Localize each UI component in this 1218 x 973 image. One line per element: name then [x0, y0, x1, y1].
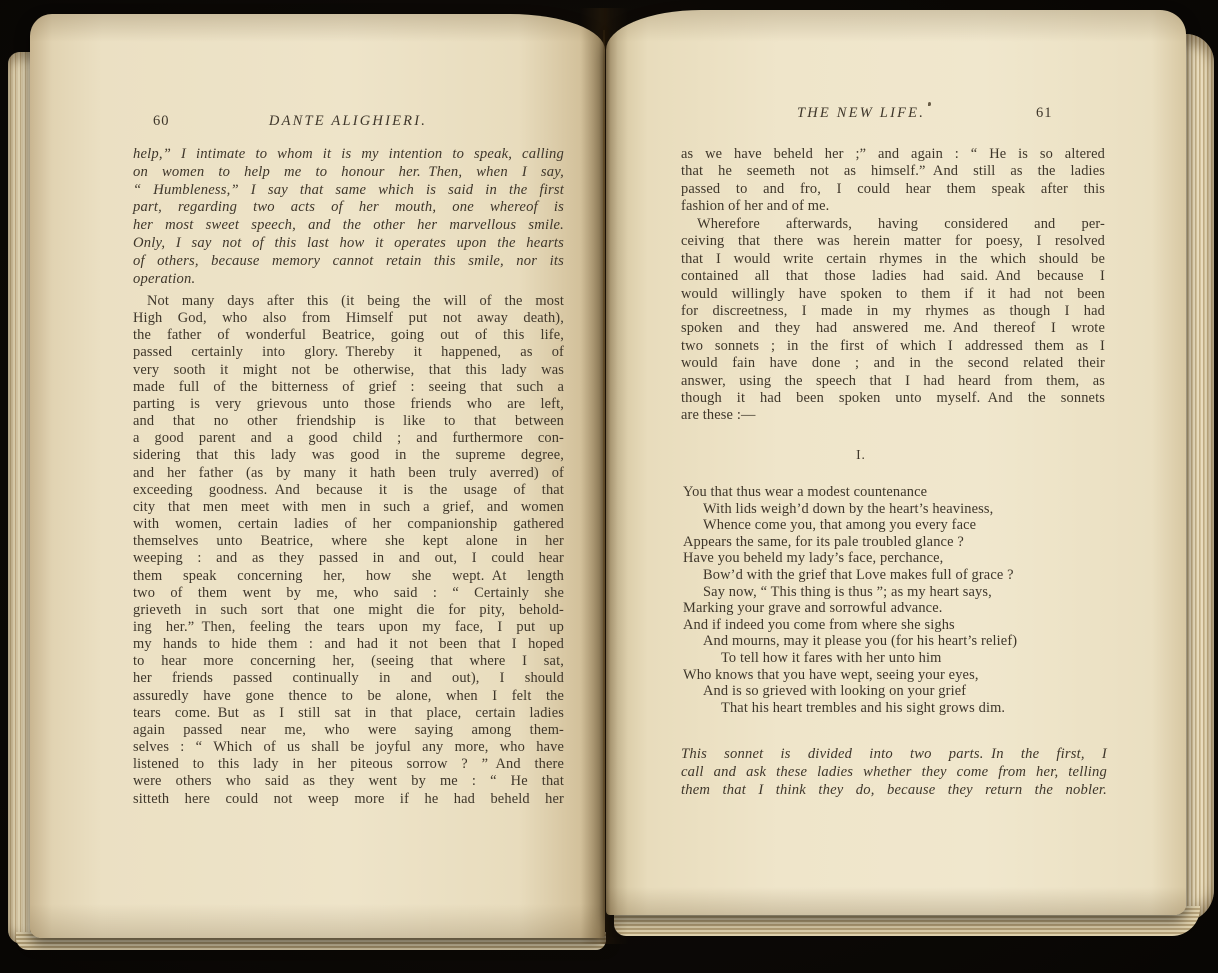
text-line: for discreetness, I made in my rhymes as… [681, 303, 1105, 320]
text-line: And mourns, may it please you (for his h… [703, 633, 1113, 650]
text-line: Appears the same, for its pale troubled … [683, 534, 1113, 551]
wherefore-paragraph: Wherefore afterwards, having considered … [681, 216, 1105, 425]
text-line: grieveth in such sort that one might die… [133, 602, 564, 619]
running-title-left: DANTE ALIGHIERI. [133, 113, 563, 130]
text-line: would fain have done ; and in the second… [681, 355, 1105, 372]
text-line: parting is very grievous unto those frie… [133, 396, 564, 413]
text-line: answer, using the speech that I had hear… [681, 373, 1105, 390]
text-line: Not many days after this (it being the w… [133, 293, 564, 310]
text-line: part, regarding two acts of her mouth, o… [133, 199, 564, 217]
text-line: exceeding goodness. And because it is th… [133, 482, 564, 499]
text-line: themselves unto Beatrice, where she kept… [133, 533, 564, 550]
text-line: two sonnets ; in the first of which I ad… [681, 338, 1105, 355]
page-left: 60 DANTE ALIGHIERI. help,” I intimate to… [30, 14, 605, 938]
text-line: sitteth here could not weep more if he h… [133, 791, 564, 808]
text-line: weeping : and as they passed in and out,… [133, 550, 564, 567]
text-line: them that I think they do, because they … [681, 782, 1107, 800]
text-line: very sooth it might not be otherwise, th… [133, 362, 564, 379]
text-line: fashion of her and of me. [681, 198, 1105, 215]
text-line: the father of wonderful Beatrice, going … [133, 327, 564, 344]
text-line: made full of the bitterness of grief : s… [133, 379, 564, 396]
text-line: and her father (as by many it hath been … [133, 465, 564, 482]
text-line: Bow’d with the grief that Love makes ful… [703, 567, 1113, 584]
body-paragraph: Not many days after this (it being the w… [133, 293, 564, 808]
text-line: again passed near me, who were saying am… [133, 722, 564, 739]
text-line: a good parent and a good child ; and fur… [133, 430, 564, 447]
text-line: ceiving that there was herein matter for… [681, 233, 1105, 250]
text-line: sidering that this lady was good in the … [133, 447, 564, 464]
text-line: With lids weigh’d down by the heart’s he… [703, 501, 1113, 518]
text-line: Whence come you, that among you every fa… [703, 517, 1113, 534]
text-line: as we have beheld her ;” and again : “ H… [681, 146, 1105, 163]
text-line: Have you beheld my lady’s face, perchanc… [683, 550, 1113, 567]
print-speck [928, 102, 931, 106]
text-line: call and ask these ladies whether they c… [681, 764, 1107, 782]
sonnet-verse: You that thus wear a modest countenanceW… [683, 484, 1113, 716]
text-line: and that no other friendship is like to … [133, 413, 564, 430]
text-line: would willingly have spoken to them if i… [681, 286, 1105, 303]
page-right: THE NEW LIFE. 61 as we have beheld her ;… [606, 10, 1186, 915]
text-line: And is so grieved with looking on your g… [703, 683, 1113, 700]
italic-intro-paragraph: help,” I intimate to whom it is my inten… [133, 146, 564, 288]
text-line: operation. [133, 271, 564, 289]
text-line: Wherefore afterwards, having considered … [681, 216, 1105, 233]
text-line: listened to this lady in her piteous sor… [133, 756, 564, 773]
text-line: selves : “ Which of us shall be joyful a… [133, 739, 564, 756]
text-line: This sonnet is divided into two parts. I… [681, 746, 1107, 764]
text-line: my hands to hide them : and had it not b… [133, 636, 564, 653]
text-line: that he seemeth not as himself.” And sti… [681, 163, 1105, 180]
text-line: High God, who also from Himself put not … [133, 310, 564, 327]
text-line: two of them went by me, who said : “ Cer… [133, 585, 564, 602]
text-line: to hear more concerning her, (seeing tha… [133, 653, 564, 670]
italic-commentary-paragraph: This sonnet is divided into two parts. I… [681, 746, 1107, 799]
text-line: though it had been spoken unto myself. A… [681, 390, 1105, 407]
text-line: on women to help me to honour her. Then,… [133, 164, 564, 182]
text-line: with women, certain ladies of her compan… [133, 516, 564, 533]
text-line: were others who said as they went by me … [133, 773, 564, 790]
text-line: “ Humbleness,” I say that same which is … [133, 182, 564, 200]
text-line: passed to and fro, I could hear them spe… [681, 181, 1105, 198]
text-line: are these :— [681, 407, 1105, 424]
text-line: city that men meet with men in such a gr… [133, 499, 564, 516]
text-line: tears come. But as I still sat in that p… [133, 705, 564, 722]
continuation-paragraph: as we have beheld her ;” and again : “ H… [681, 146, 1105, 216]
sonnet-number-heading: I. [681, 447, 1041, 463]
page-number-right: 61 [1036, 105, 1053, 122]
text-line: her most sweet speech, and the other her… [133, 217, 564, 235]
text-line: Say now, “ This thing is thus ”; as my h… [703, 584, 1113, 601]
text-line: of others, because memory cannot retain … [133, 253, 564, 271]
text-line: Marking your grave and sorrowful advance… [683, 600, 1113, 617]
text-line: assuredly have gone thence to be alone, … [133, 688, 564, 705]
text-line: spoken and they had answered me. And the… [681, 320, 1105, 337]
text-line: that I would write certain rhymes in the… [681, 251, 1105, 268]
text-line: And if indeed you come from where she si… [683, 617, 1113, 634]
text-line: That his heart trembles and his sight gr… [721, 700, 1113, 717]
text-line: To tell how it fares with her unto him [721, 650, 1113, 667]
text-line: You that thus wear a modest countenance [683, 484, 1113, 501]
text-line: Who knows that you have wept, seeing you… [683, 667, 1113, 684]
text-line: help,” I intimate to whom it is my inten… [133, 146, 564, 164]
book-photo: 60 DANTE ALIGHIERI. help,” I intimate to… [0, 0, 1218, 973]
text-line: Only, I say not of this last how it oper… [133, 235, 564, 253]
text-line: passed certainly into glory. Thereby it … [133, 344, 564, 361]
running-title-right: THE NEW LIFE. [681, 105, 1041, 122]
text-line: them speak concerning her, how she wept.… [133, 568, 564, 585]
text-line: contained all that those ladies had said… [681, 268, 1105, 285]
text-line: ing her.” Then, feeling the tears upon m… [133, 619, 564, 636]
text-line: her friends passed continually in and ou… [133, 670, 564, 687]
